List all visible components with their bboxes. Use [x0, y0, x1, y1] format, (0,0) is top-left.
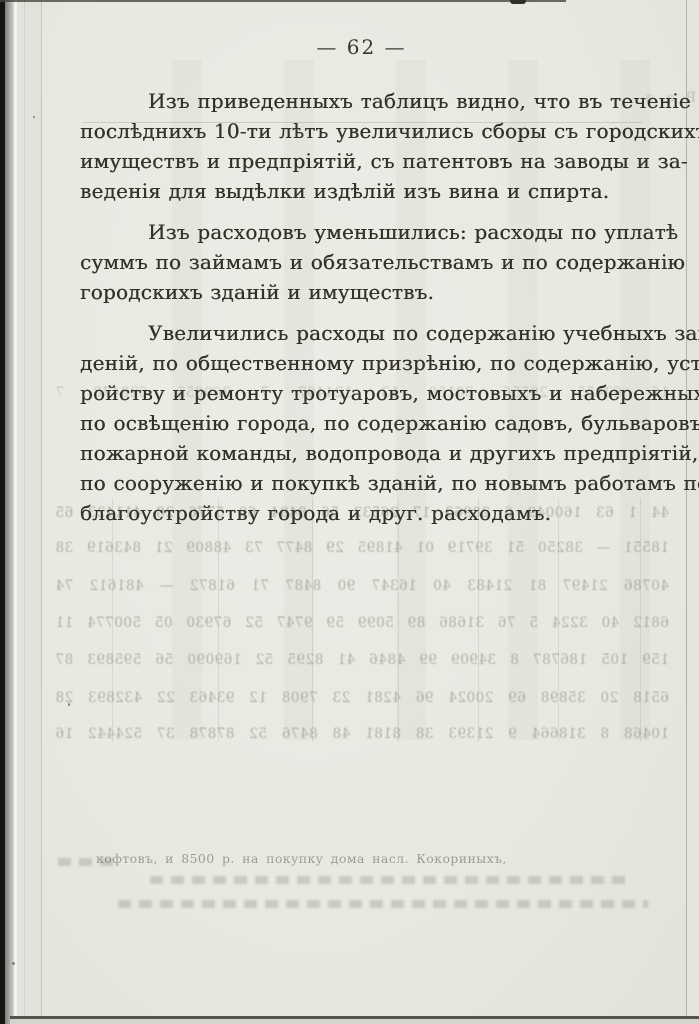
page-top-edge	[0, 0, 566, 2]
text-line: имуществъ и предпріятій, съ патентовъ на…	[80, 146, 643, 176]
showthrough-smudge	[58, 858, 118, 866]
ink-smudge	[510, 0, 526, 4]
showthrough-smudge	[118, 900, 648, 908]
text-line: деній, по общественному призрѣнію, по со…	[80, 348, 643, 378]
showthrough-table-row: 10468 8 318664 9 21393 38 8181 48 8476 5…	[55, 726, 669, 742]
surface-below-page	[10, 1019, 699, 1024]
text-line: пожарной команды, водопровода и другихъ …	[80, 438, 643, 468]
text-line: ройству и ремонту тротуаровъ, мостовыхъ …	[80, 378, 643, 408]
text-line: послѣднихъ 10-ти лѣтъ увеличились сборы …	[80, 116, 643, 146]
text-line: по сооруженію и покупкѣ зданій, по новым…	[80, 468, 643, 498]
showthrough-smudge	[150, 876, 630, 884]
showthrough-table-row: 6812 40 3224 5 76 31686 89 5099 59 9747 …	[55, 615, 669, 631]
underlying-page-edges	[17, 0, 42, 1024]
showthrough-footnote: кофтовъ, и 8500 р. на покупку дома насл.…	[96, 852, 566, 866]
paragraph: Изъ расходовъ уменьшились: расходы по уп…	[80, 217, 643, 307]
text-line: благоустройству города и друг. расходамъ…	[80, 498, 643, 528]
text-line: Изъ приведенныхъ таблицъ видно, что въ т…	[80, 86, 643, 116]
showthrough-table-row: 159 105 186787 8 34909 99 4846 41 8295 5…	[55, 652, 669, 668]
binding-shadow	[5, 0, 14, 1024]
text-line: суммъ по займамъ и обязательствамъ и по …	[80, 247, 643, 277]
page-edge-line	[24, 0, 25, 1024]
text-line: городскихъ зданій и имуществъ.	[80, 277, 643, 307]
page-right-margin	[687, 0, 699, 1024]
showthrough-table-row: 18551 — 38250 51 39719 01 41895 29 8477 …	[55, 540, 669, 556]
showthrough-table-row: 6518 20 35898 69 20024 96 4281 23 7908 1…	[55, 690, 669, 706]
text-line: веденія для выдѣлки издѣлій изъ вина и с…	[80, 176, 643, 206]
body-text: Изъ приведенныхъ таблицъ видно, что въ т…	[80, 86, 643, 539]
text-line: по освѣщенію города, по содержанію садов…	[80, 408, 643, 438]
page-number: — 62 —	[80, 34, 643, 60]
text-line: Изъ расходовъ уменьшились: расходы по уп…	[80, 217, 643, 247]
showthrough-table-row: 40786 21497 81 21483 40 16347 90 8487 71…	[55, 578, 669, 594]
scanned-book-page: Р а з 16 62455 29556 30150 13 124467 7 3…	[0, 0, 699, 1024]
paragraph: Изъ приведенныхъ таблицъ видно, что въ т…	[80, 86, 643, 206]
text-line: Увеличились расходы по содержанію учебны…	[80, 318, 643, 348]
paragraph: Увеличились расходы по содержанію учебны…	[80, 318, 643, 528]
paper-speck	[12, 962, 15, 965]
paper-speck	[33, 116, 35, 118]
